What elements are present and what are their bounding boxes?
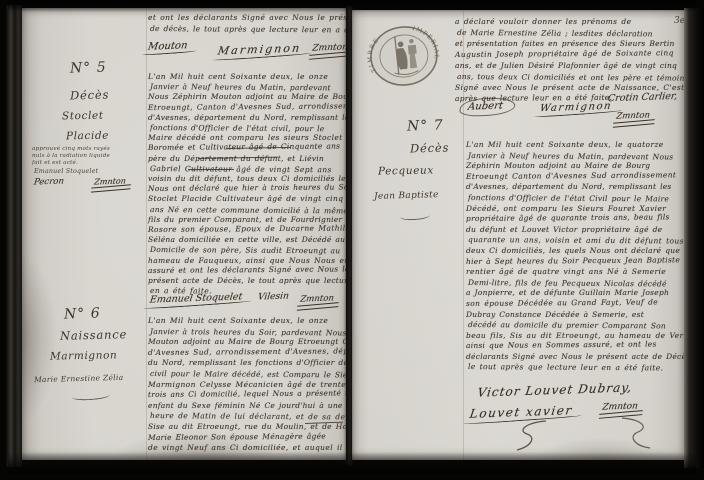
handwritten-line: civil pour le Maire décédé, est Comparu … [150,369,346,381]
margin-act-type: Décès [410,140,450,155]
signature: Vilesin [257,291,289,302]
handwritten-line: enfant du Sexe féminin Né Ce jourd'hui à… [148,401,346,412]
timbre-imperial-stamp: TIMBRE IMPÉRIAL [363,20,445,94]
handwritten-line: père du Département du défunt, et Liévin [148,154,346,164]
handwritten-line: L'an Mil huit cent Soixante deux, le onz… [148,72,346,82]
margin-note-name: Emanuel Stoquelet [34,168,98,175]
handwritten-line: ainsi que Nous en Sommes assuré, et ont … [466,339,684,351]
act7-body-text: L'an Mil huit cent Soixante deux, le qua… [466,140,684,373]
handwritten-line: de Marie Ernestine Zélia ; lesdites décl… [457,27,684,40]
margin-act-surname: Stoclet [62,110,104,123]
handwritten-line: L'an Mil huit cent Soixante deux, le qua… [466,140,684,151]
handwritten-line: Janvier à Neuf heures du Matin, pardevan… [468,151,684,163]
handwritten-line: Augustin Joseph propriétaire âgé de Soix… [455,47,684,60]
signature: Warmignon [539,101,613,116]
handwritten-line: Janvier à Neuf heures du Matin, pardevan… [150,82,346,94]
handwritten-line: Etroeungt, Canton d'Avesnes Sud, arrondi… [148,101,346,113]
margin-act-firstname: Marie Ernestine Zélia [34,373,124,384]
handwritten-line: ans, tous deux Ci domiciliés et ont les … [457,71,684,84]
handwritten-line: Marie Eleonor Son épouse Ménagère âgée [148,431,346,443]
margin-squiggle [400,211,430,221]
handwritten-line: fonctions d'Officier de l'état Civil pou… [468,193,684,205]
handwritten-line: assuré et ont les déclarants Signé avec … [148,264,346,276]
handwritten-line: d'Avesnes, département du Nord, rempliss… [148,113,346,123]
signature: Pecron [33,176,64,187]
handwritten-line: le tout après que lecture leur en a été … [468,362,684,374]
scanned-register-photo: et ont les déclarants Signé avec Nous le… [0,0,704,480]
handwritten-line: trois ans Ci domicilié, lequel Nous a pr… [148,388,346,400]
handwritten-line: quarante un ans, voisin et ami du dit dé… [468,235,684,247]
handwritten-line: L'an Mil huit cent Soixante deux, le onz… [148,316,346,327]
margin-act-firstname: Placide [66,130,109,143]
handwritten-line: rentier âgé de quatre vingt ans Né à Sem… [466,267,684,278]
handwritten-line: décédé au domicile du premier Comparant … [468,320,684,332]
book-fore-edge [684,8,704,468]
handwritten-line: fonctions d'Officier de l'état civil, po… [150,123,346,135]
margin-act-type: Naissance [60,327,127,343]
margin-act-surname: Marmignon [50,349,118,362]
margin-rule-line [146,8,147,460]
signature: Zmnton [93,176,127,191]
handwritten-line: Janvier à trois heures du Soir, pardevan… [150,327,346,339]
handwritten-line: a déclaré vouloir donner les prénoms de [455,16,684,27]
margin-act-number: N° 6 [64,305,101,322]
handwritten-line: présent acte de Décès, le tout après que… [148,276,346,286]
handwritten-line: du Nord, remplissant les fonctions d'Off… [148,358,346,369]
handwritten-line: Demi-litre, fils de feu Pecqueux Nicolas… [468,278,684,290]
handwritten-line: d'Avesnes Sud, arrondissement d'Avesnes,… [148,346,346,358]
margin-act-firstname: Jean Baptiste [374,190,439,202]
margin-act-surname: Pecqueux [378,165,434,178]
handwritten-line: propriétaire âgé de quarante trois ans, … [466,212,684,224]
previous-act-closing-text: et ont les déclarants Signé avec Nous le… [148,12,346,34]
margin-act-number: N° 7 [407,117,444,134]
act6-body-text: L'an Mil huit cent Soixante deux, le onz… [148,316,346,454]
paraph-flourish [512,418,556,454]
handwritten-line: et ont les déclarants Signé avec Nous le… [148,12,346,23]
signature: Emanuel Stoquelet [149,291,243,307]
handwritten-line: hier à Sept heures du Soir Pecqueux Jean… [466,255,684,267]
handwritten-line: son épouse Décédée au Grand Fayt, Veuf d… [466,297,684,309]
signature: Zmnton [615,110,651,126]
page-gutter [344,6,354,466]
handwritten-line: Gabriel Cultivateur âgé de vingt Sept an… [150,164,346,176]
handwritten-line: déclarants Signé avec Nous le présent ac… [466,352,684,363]
handwritten-line: Séléna domiciliée en cette ville, est Dé… [148,235,346,245]
signature: Mouton [147,40,188,54]
book-spine-edge [6,5,22,467]
right-page: TIMBRE IMPÉRIAL 3e a déclaré vouloir don… [352,10,684,460]
paraph-flourish [614,414,654,454]
handwritten-line: d'Avesnes, département du Nord, rempliss… [466,182,684,193]
signature: Victor Louvet Dubray, [477,380,634,399]
signature: Zmnton [311,42,346,58]
scan-shadow-bottom [8,452,696,474]
handwritten-line: de décès, le tout après que lecture leur… [150,23,346,36]
scan-shadow-top [8,0,696,12]
margin-act-type: Décès [70,87,110,102]
handwritten-line: Rosore son épouse, Epoux de Ducarne Math… [148,223,346,235]
strikethrough-mark [188,169,234,170]
left-page: et ont les déclarants Signé avec Nous le… [22,8,346,460]
handwritten-line: ans, et de Julien Désiré Plafonnier âgé … [455,60,684,71]
handwritten-line: fait et est acté. [32,160,110,167]
handwritten-line: Dubray Constance Décédée à Semerie, est [466,310,684,321]
handwritten-line: ans Né en cette commune domicilié à la m… [150,205,346,217]
margin-act-number: N° 5 [70,59,107,76]
handwritten-line: du défunt et Louvet Victor propriétaire … [466,225,684,236]
handwritten-line: Nous ont déclaré que hier à trois heures… [148,182,346,194]
margin-squiggle [72,391,110,402]
signature: Zmnton [299,293,335,309]
signature: Marmignon [217,42,302,60]
handwritten-line: Stoclet Placide Cultivateur âgé de vingt… [148,194,346,204]
margin-approval-note: approuvé cinq mots rayésnuls à la radiat… [32,146,110,168]
act5-body-text: L'an Mil huit cent Soixante deux, le onz… [148,72,346,296]
handwritten-line: Etroeungt Canton d'Avesnes Sud arrondiss… [466,170,684,182]
